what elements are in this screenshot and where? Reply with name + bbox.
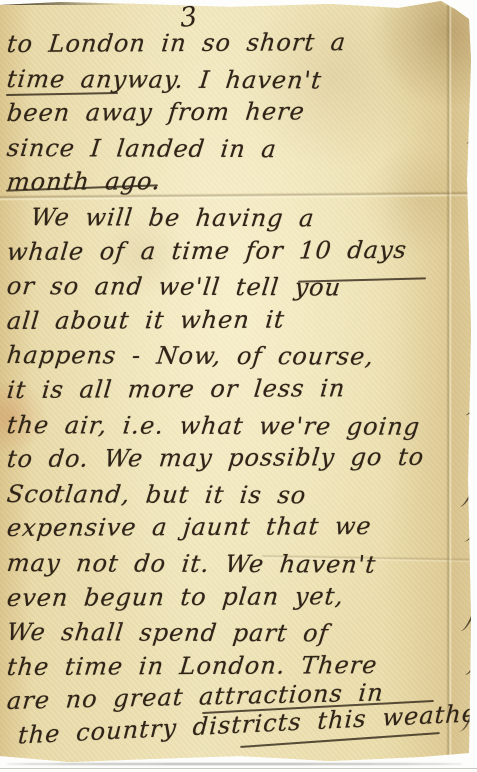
handwritten-line-5: month ago. bbox=[5, 163, 471, 200]
handwritten-line-14: Scotland, but it is so bbox=[5, 477, 471, 514]
letter-paper: 3 to London in so short a time anyway. I… bbox=[0, 0, 477, 772]
handwritten-line-7: whale of a time for 10 days bbox=[5, 232, 471, 269]
handwritten-line-17: even begun to plan yet, bbox=[5, 578, 471, 615]
handwritten-line-6: We will be having a bbox=[5, 200, 471, 237]
paper-top-edge-shadow bbox=[0, 2, 125, 5]
handwritten-line-18: We shall spend part of bbox=[5, 615, 471, 652]
handwritten-line-13: to do. We may possibly go to bbox=[5, 440, 471, 477]
handwritten-line-3: been away from here bbox=[5, 94, 471, 131]
letter-scan: 3 to London in so short a time anyway. I… bbox=[0, 0, 477, 772]
handwritten-line-16: may not do it. We haven't bbox=[5, 546, 471, 583]
handwritten-line-12: the air, i.e. what we're going bbox=[5, 408, 471, 445]
handwritten-line-8: or so and we'll tell you bbox=[5, 269, 471, 306]
handwritten-line-10: happens - Now, of course, bbox=[5, 338, 471, 375]
handwritten-line-15: expensive a jaunt that we bbox=[5, 509, 471, 546]
handwritten-line-11: it is all more or less in bbox=[5, 371, 471, 408]
handwritten-line-1: to London in so short a bbox=[5, 25, 471, 62]
scan-edge-line bbox=[0, 768, 477, 769]
handwritten-line-4: since I landed in a bbox=[5, 131, 471, 168]
paper-drop-shadow bbox=[6, 763, 463, 765]
handwritten-line-9: all about it when it bbox=[5, 301, 471, 338]
handwritten-text-block: to London in so short a time anyway. I h… bbox=[7, 27, 469, 753]
